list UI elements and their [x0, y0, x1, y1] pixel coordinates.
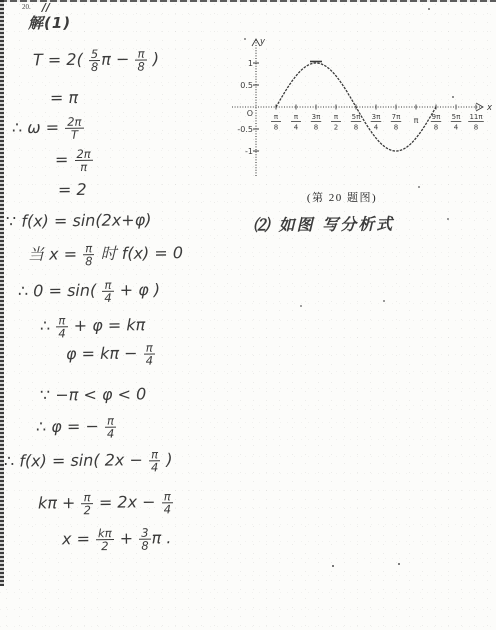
- svg-text:9π: 9π: [432, 113, 441, 121]
- work-line-omega-definition: ∴ ω = 2πT: [12, 116, 85, 142]
- svg-text:4: 4: [454, 124, 459, 132]
- svg-text:8: 8: [354, 124, 358, 132]
- svg-text:8: 8: [314, 124, 318, 132]
- work-line-sine-equation: ∴ 0 = sin( π4 + φ ): [18, 278, 160, 305]
- svg-text:7π: 7π: [392, 113, 401, 121]
- svg-text:π: π: [414, 116, 419, 125]
- scan-edge-top: [0, 0, 496, 2]
- svg-text:11π: 11π: [469, 113, 483, 121]
- work-line-phase-equation: ∴ π4 + φ = kπ: [40, 313, 145, 339]
- svg-text:8: 8: [394, 124, 398, 132]
- svg-text:0.5: 0.5: [240, 81, 253, 90]
- svg-text:π: π: [274, 113, 279, 121]
- work-line-phase-general: φ = kπ − π4: [66, 342, 156, 368]
- figure-caption: (第 20 题图): [262, 189, 422, 205]
- svg-text:O: O: [247, 109, 253, 118]
- svg-text:5π: 5π: [452, 113, 461, 121]
- work-line-zero-condition: 当 x = π8 时 f(x) = 0: [28, 240, 183, 268]
- svg-text:2: 2: [334, 124, 338, 132]
- svg-text:π: π: [334, 113, 339, 121]
- svg-text:1: 1: [248, 59, 253, 68]
- svg-text:π: π: [294, 113, 299, 121]
- svg-text:4: 4: [294, 124, 299, 132]
- svg-text:-0.5: -0.5: [237, 125, 253, 134]
- sine-curve-graph: yx10.5O-0.5-1π8π43π8π25π83π47π8π9π85π411…: [230, 30, 496, 182]
- svg-text:4: 4: [374, 124, 379, 132]
- svg-text:8: 8: [274, 124, 278, 132]
- svg-text:3π: 3π: [372, 113, 381, 121]
- problem-number: 20.: [22, 3, 31, 11]
- solution-label: 解(1): [28, 12, 71, 33]
- svg-text:-1: -1: [245, 147, 253, 156]
- work-line-omega-substitute: = 2ππ: [55, 148, 94, 174]
- svg-text:8: 8: [434, 124, 438, 132]
- svg-text:x: x: [486, 103, 493, 113]
- scan-edge-left: [0, 0, 4, 586]
- scan-specks: [0, 0, 2, 2]
- svg-text:3π: 3π: [312, 113, 321, 121]
- work-line-phase-range: ∵ −π < φ < 0: [40, 384, 146, 404]
- work-line-period-formula: T = 2( 58π − π8 ): [33, 47, 159, 73]
- work-line-symmetry-equation: kπ + π2 = 2x − π4: [38, 490, 174, 517]
- work-line-period-result: = π: [50, 88, 78, 107]
- part2-note: ⑵ 如图 写分析式: [253, 211, 394, 235]
- work-line-omega-result: = 2: [58, 180, 87, 199]
- work-line-phase-result: ∴ φ = − π4: [36, 415, 117, 441]
- work-line-symmetry-result: x = kπ2 + 38π .: [62, 526, 172, 552]
- svg-text:y: y: [259, 37, 266, 47]
- svg-text:8: 8: [474, 124, 478, 132]
- work-line-function-result: ∴ f(x) = sin( 2x − π4 ): [4, 448, 173, 475]
- work-line-function-form: ∵ f(x) = sin(2x+φ): [6, 210, 152, 231]
